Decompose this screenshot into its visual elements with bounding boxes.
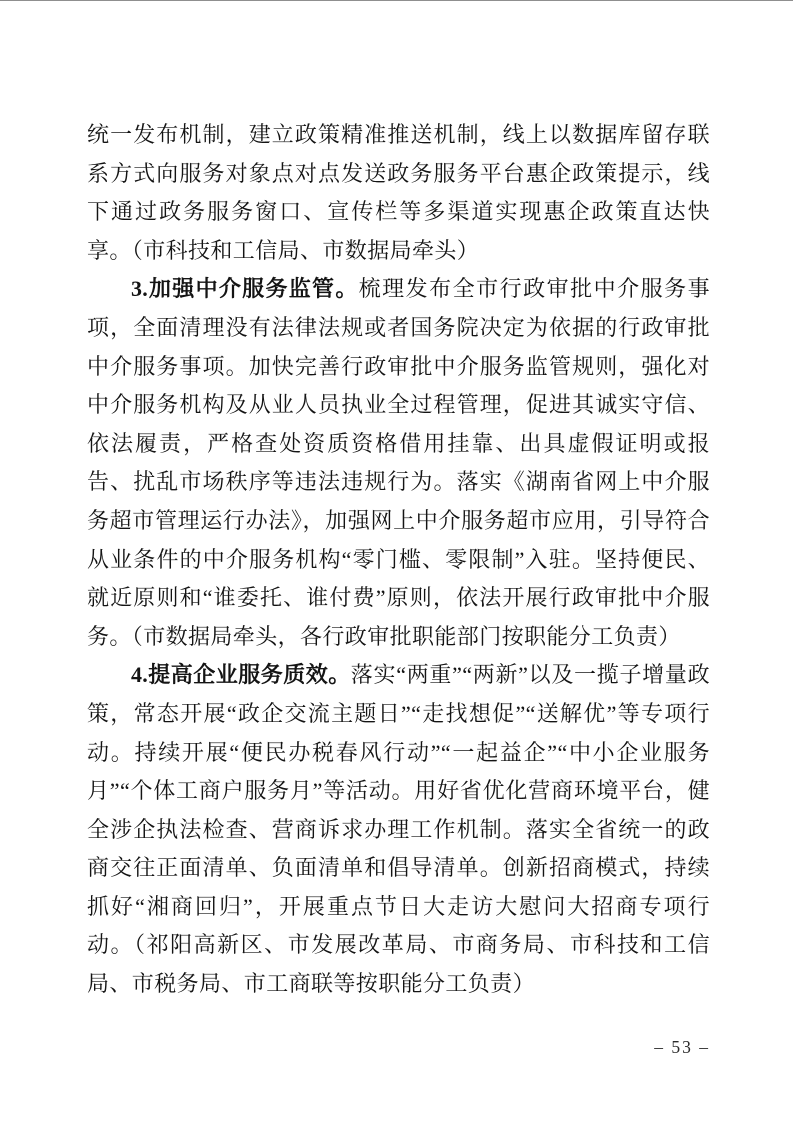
scan-edge-line [0,0,793,1]
paragraph-text: 梳理发布全市行政审批中介服务事项，全面清理没有法律法规或者国务院决定为依据的行政… [87,276,710,648]
document-page: 统一发布机制，建立政策精准推送机制，线上以数据库留存联系方式向服务对象点对点发送… [0,0,793,1122]
paragraph-text: 统一发布机制，建立政策精准推送机制，线上以数据库留存联系方式向服务对象点对点发送… [87,122,710,263]
paragraph-item-4: 4.提高企业服务质效。落实“两重”“两新”以及一揽子增量政策，常态开展“政企交流… [87,656,710,1003]
page-number: – 53 – [0,1037,710,1058]
paragraph-item-3: 3.加强中介服务监管。梳理发布全市行政审批中介服务事项，全面清理没有法律法规或者… [87,270,710,656]
paragraph-heading-4: 4.提高企业服务质效。 [131,662,351,687]
paragraph-text: 落实“两重”“两新”以及一揽子增量政策，常态开展“政企交流主题日”“走找想促”“… [87,662,710,996]
paragraph-continuation: 统一发布机制，建立政策精准推送机制，线上以数据库留存联系方式向服务对象点对点发送… [87,116,710,270]
paragraph-heading-3: 3.加强中介服务监管。 [131,276,359,301]
document-body: 统一发布机制，建立政策精准推送机制，线上以数据库留存联系方式向服务对象点对点发送… [87,116,710,1004]
